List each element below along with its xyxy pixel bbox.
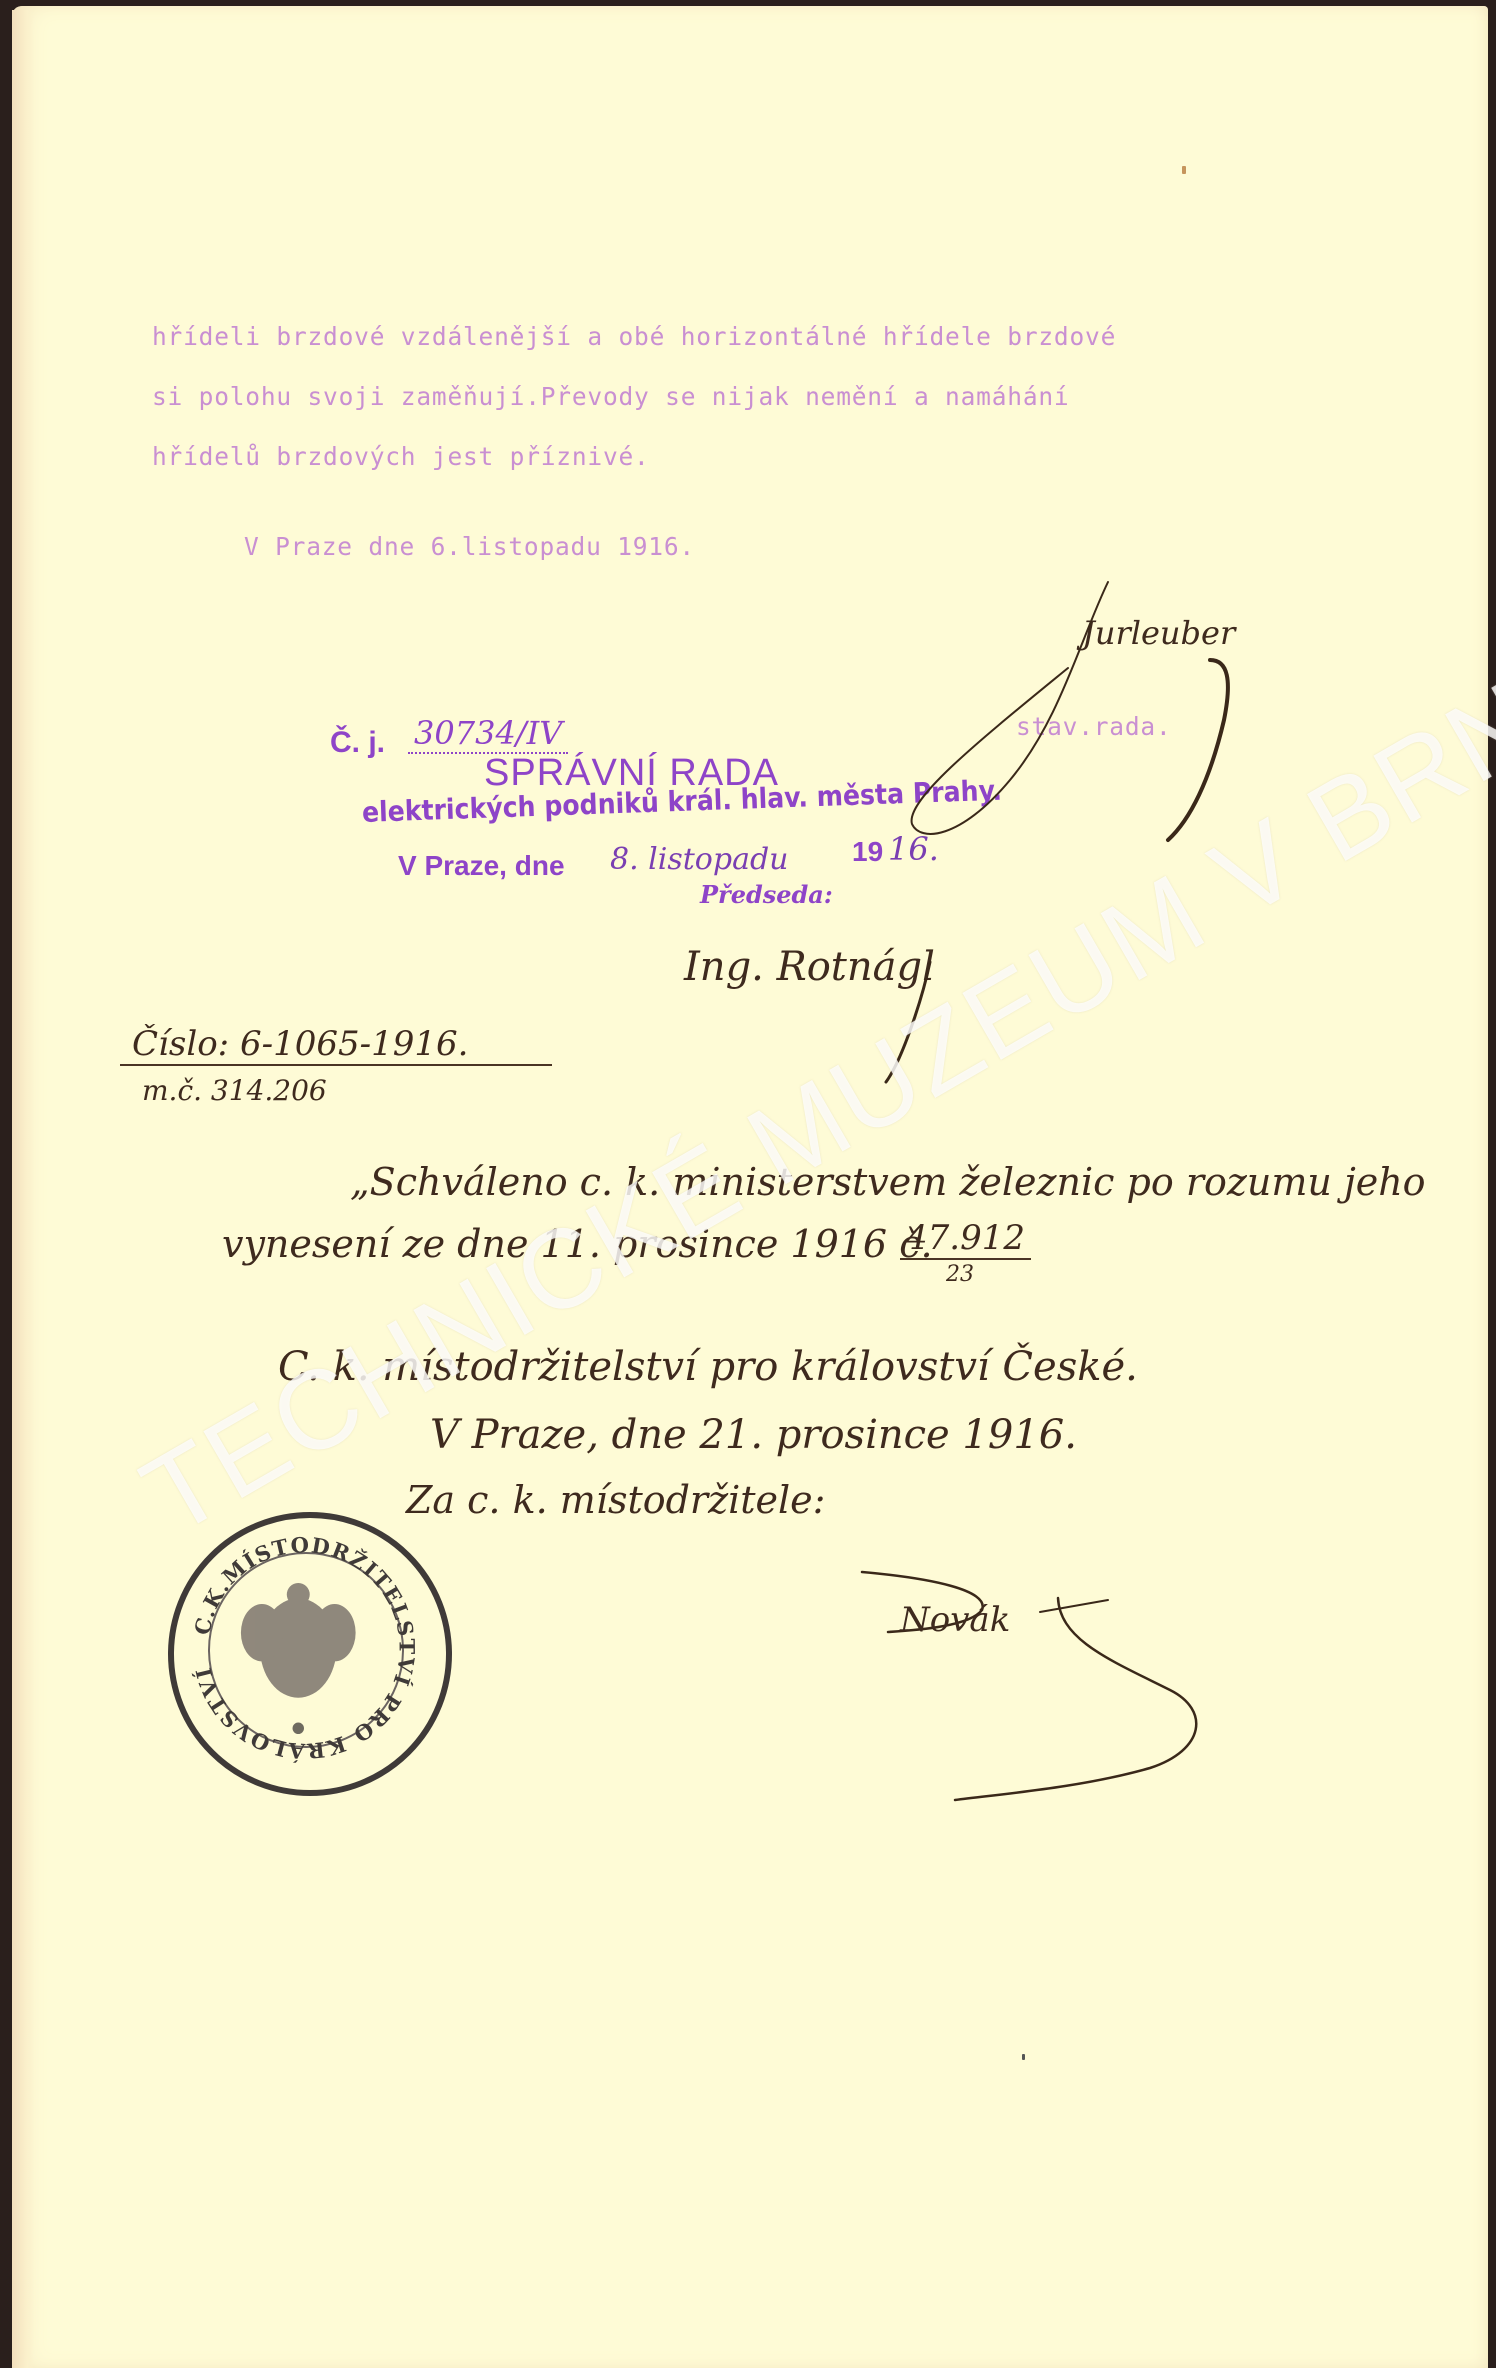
stamp-year-handwritten: 16. [888, 830, 939, 868]
signature-chairman: Ing. Rotnágl [684, 944, 935, 990]
stamp-chair-label: Předseda: [700, 880, 833, 909]
paper-speck [1022, 2054, 1025, 2060]
typed-line-1: hřídeli brzdové vzdálenější a obé horizo… [152, 322, 1116, 351]
paper-speck [1182, 166, 1186, 174]
typed-title: stav.rada. [1016, 712, 1172, 741]
approval-line-1: „Schváleno c. k. ministerstvem železnic … [350, 1160, 1426, 1204]
typed-date: V Praze dne 6.listopadu 1916. [244, 532, 695, 561]
reference-sub-number: m.č. 314.206 [142, 1074, 327, 1107]
stamp-year-printed: 19 [852, 836, 883, 868]
stamp-place-label: V Praze, dne [398, 850, 565, 882]
approval-number-denominator: 23 [946, 1262, 974, 1287]
governor-on-behalf: Za c. k. místodržitele: [406, 1478, 825, 1522]
typed-line-3: hřídelů brzdových jest příznivé. [152, 442, 650, 471]
double-eagle-emblem-icon: C.K.MÍSTODRŽITELSTVÍ PRO KRÁLOVSTVÍ ČESK… [174, 1518, 434, 1778]
approval-number: 47.912 [900, 1218, 1031, 1260]
official-seal: C.K.MÍSTODRŽITELSTVÍ PRO KRÁLOVSTVÍ ČESK… [168, 1512, 452, 1796]
stamp-ref-number: 30734/IV [408, 714, 568, 754]
signature-engineer: Jurleuber [1082, 614, 1235, 652]
paper-worn-edge [12, 10, 34, 2368]
stamp-ref-prefix: Č. j. [330, 726, 385, 760]
reference-number: Číslo: 6-1065-1916. [120, 1024, 552, 1066]
stamp-date-handwritten: 8. listopadu [610, 842, 788, 877]
governor-date: V Praze, dne 21. prosince 1916. [430, 1412, 1077, 1458]
signature-governor: Novák [900, 1600, 1010, 1640]
typed-line-2: si polohu svoji zaměňují.Převody se nija… [152, 382, 1069, 411]
